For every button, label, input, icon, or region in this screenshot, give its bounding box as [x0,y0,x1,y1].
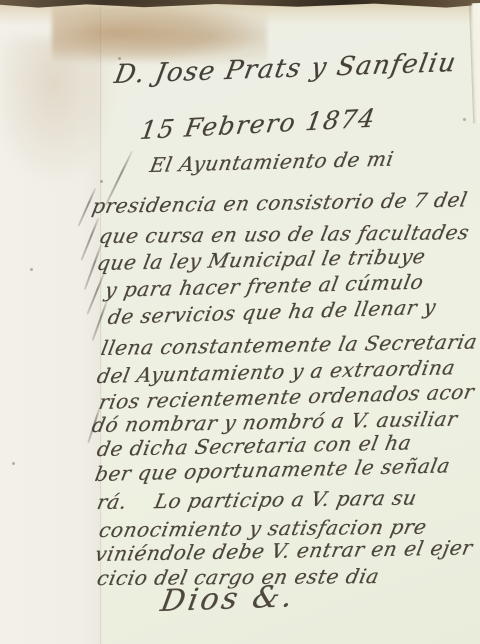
body-line: presidencia en consistorio de 7 del [90,187,470,218]
paper-speck [463,118,466,121]
body-line: El Ayuntamiento de mi [148,147,396,177]
paper-speck [12,462,15,465]
body-line: rá. Lo participo a V. para su [95,485,419,514]
paper-speck [30,268,33,271]
paper-right-torn-edge [469,3,480,123]
closing-line: Dios &. [158,579,298,619]
date-line: 15 Febrero 1874 [138,103,378,145]
paper-stain-faint [0,38,120,188]
paper-speck [100,180,103,183]
scanned-letter-page: D. Jose Prats y Sanfeliu 15 Febrero 1874… [0,0,480,644]
